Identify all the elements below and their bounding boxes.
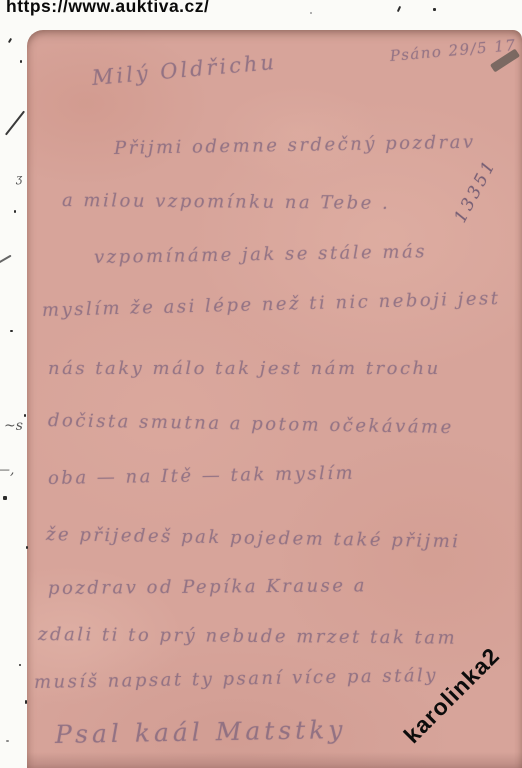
handwriting-line: a milou vzpomínku na Tebe .	[62, 190, 390, 214]
scanner-speck	[3, 496, 7, 500]
scanner-speck	[26, 546, 28, 549]
scanner-speck	[25, 700, 27, 704]
scanner-speck	[397, 6, 401, 12]
handwriting-line: nás taky málo tak jest nám trochu	[48, 358, 441, 379]
scanner-speck	[20, 60, 22, 63]
scanner-mark: ʒ	[16, 172, 22, 185]
scanner-speck	[6, 740, 9, 742]
scanner-speck	[433, 8, 436, 11]
scanned-postcard-photo: Psáno 29/5 17 Milý Oldřichu 13351 Přijmi…	[0, 0, 522, 768]
scanner-mark: —,	[0, 462, 14, 478]
site-url-watermark: https://www.auktiva.cz/	[6, 0, 209, 17]
scanner-speck	[24, 414, 26, 417]
handwritten-signature: Psal kaál Matstky	[55, 715, 347, 749]
scanner-scratch	[0, 255, 12, 264]
scanner-speck	[19, 664, 21, 666]
scanner-speck	[8, 38, 12, 43]
scanner-scratch	[5, 111, 25, 136]
scanner-speck	[14, 210, 16, 213]
handwriting-line: pozdrav od Pepíka Krause a	[48, 575, 367, 599]
scanner-speck	[10, 330, 13, 332]
scanner-speck	[310, 12, 312, 14]
scanner-mark: ~s	[4, 418, 23, 434]
handwriting-line: zdali ti to prý nebude mrzet tak tam	[38, 624, 457, 649]
